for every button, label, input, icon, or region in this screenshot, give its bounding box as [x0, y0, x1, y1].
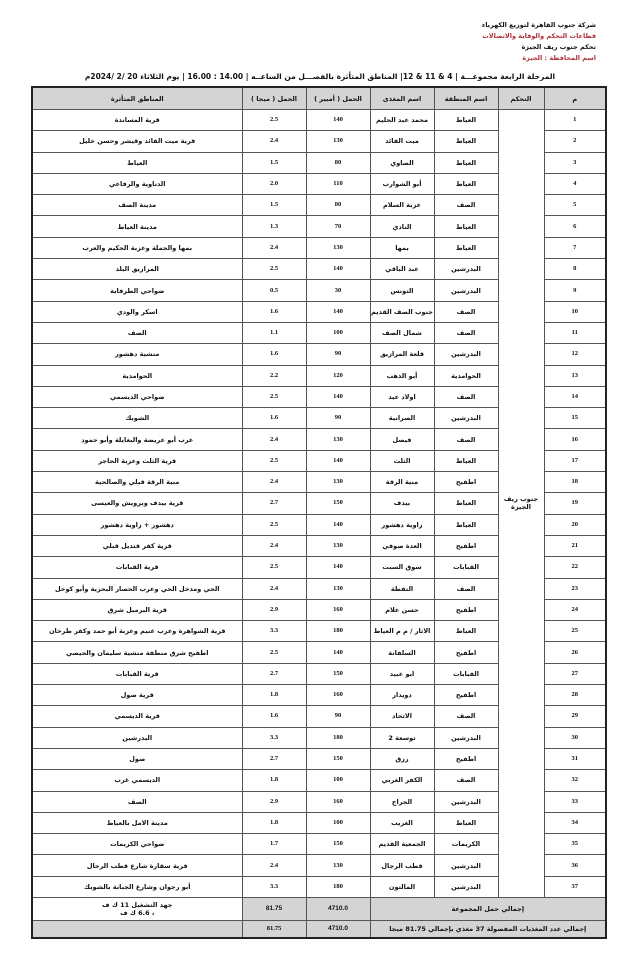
- row-number: 6: [544, 216, 606, 237]
- region-cell: اطفيح: [434, 685, 498, 706]
- load-mw-cell: 2.7: [242, 748, 306, 769]
- load-amp-cell: 130: [306, 472, 370, 493]
- feeder-cell: النادي: [370, 216, 434, 237]
- load-amp-cell: 140: [306, 110, 370, 131]
- region-cell: البدرشين: [434, 727, 498, 748]
- region-cell: الحوامدية: [434, 365, 498, 386]
- sector-name: قطاعات التحكم والوقاية والاتصالات: [482, 31, 596, 42]
- load-mw-cell: 2.5: [242, 514, 306, 535]
- control-cell: جنوب ريف الجيزة: [498, 110, 544, 898]
- row-number: 4: [544, 173, 606, 194]
- feeder-cell: رزق: [370, 748, 434, 769]
- load-amp-cell: 90: [306, 408, 370, 429]
- col-header-load-mw: الحمل ( ميجا ): [242, 87, 306, 110]
- load-mw-cell: 2.4: [242, 131, 306, 152]
- load-amp-cell: 140: [306, 514, 370, 535]
- feeder-cell: محمد عبد الحليم: [370, 110, 434, 131]
- region-cell: الكريمات: [434, 834, 498, 855]
- areas-cell: قرية ميت القائد وقيشر وحسن خليل: [32, 131, 242, 152]
- load-amp-cell: 140: [306, 557, 370, 578]
- governorate-name: اسم المحافظة : الجيزة: [482, 53, 596, 64]
- load-mw-cell: 2.4: [242, 578, 306, 599]
- row-number: 19: [544, 493, 606, 514]
- load-mw-cell: 2.7: [242, 493, 306, 514]
- areas-cell: البدرشين: [32, 727, 242, 748]
- load-amp-cell: 150: [306, 663, 370, 684]
- load-amp-cell: 130: [306, 578, 370, 599]
- row-number: 18: [544, 472, 606, 493]
- region-cell: القبابات: [434, 663, 498, 684]
- feeder-cell: ميت القائد: [370, 131, 434, 152]
- load-amp-cell: 160: [306, 791, 370, 812]
- summary-mw: 81.75: [242, 920, 306, 938]
- feeder-cell: المالتون: [370, 876, 434, 897]
- load-mw-cell: 1.8: [242, 685, 306, 706]
- feeder-cell: حسن علام: [370, 599, 434, 620]
- feeder-cell: سوق السبت: [370, 557, 434, 578]
- load-amp-cell: 140: [306, 259, 370, 280]
- load-mw-cell: 2.9: [242, 599, 306, 620]
- feeder-cell: بمها: [370, 237, 434, 258]
- areas-cell: قرية بيدف وبرويش والعيسى: [32, 493, 242, 514]
- row-number: 28: [544, 685, 606, 706]
- load-amp-cell: 130: [306, 855, 370, 876]
- feeder-cell: توسعة 2: [370, 727, 434, 748]
- region-cell: الصف: [434, 770, 498, 791]
- region-cell: العياط: [434, 110, 498, 131]
- load-amp-cell: 160: [306, 599, 370, 620]
- feeder-cell: زاوية دهشور: [370, 514, 434, 535]
- areas-cell: المرازيق البلد: [32, 259, 242, 280]
- voltage-note-line1: جهد التشغيل 11 ك ف: [33, 901, 242, 909]
- col-header-load-amp: الحمل ( أمبير ): [306, 87, 370, 110]
- feeder-cell: دويدار: [370, 685, 434, 706]
- areas-cell: قرية الديسمي: [32, 706, 242, 727]
- load-mw-cell: 2.2: [242, 365, 306, 386]
- col-header-areas: المناطق المتأثرة: [32, 87, 242, 110]
- region-cell: اطفيح: [434, 535, 498, 556]
- load-amp-cell: 100: [306, 812, 370, 833]
- load-mw-cell: 1.6: [242, 706, 306, 727]
- region-cell: العياط: [434, 514, 498, 535]
- row-number: 24: [544, 599, 606, 620]
- areas-cell: بمها والجملة وعزبة الحكيم والعرب: [32, 237, 242, 258]
- row-number: 14: [544, 386, 606, 407]
- row-number: 12: [544, 344, 606, 365]
- row-number: 3: [544, 152, 606, 173]
- region-cell: البدرشين: [434, 876, 498, 897]
- load-mw-cell: 1.8: [242, 812, 306, 833]
- load-mw-cell: 2.5: [242, 386, 306, 407]
- col-header-control: التحكم: [498, 87, 544, 110]
- region-cell: العياط: [434, 450, 498, 471]
- areas-cell: ضواحي الكريمات: [32, 834, 242, 855]
- load-mw-cell: 1.5: [242, 195, 306, 216]
- region-cell: الصف: [434, 301, 498, 322]
- summary-amp: 4710.0: [306, 920, 370, 938]
- load-amp-cell: 80: [306, 195, 370, 216]
- row-number: 26: [544, 642, 606, 663]
- areas-cell: ضواحي الديسمي: [32, 386, 242, 407]
- load-amp-cell: 150: [306, 834, 370, 855]
- areas-cell: ضواحي الطرفاية: [32, 280, 242, 301]
- load-mw-cell: 2.5: [242, 557, 306, 578]
- load-mw-cell: 1.7: [242, 834, 306, 855]
- load-mw-cell: 1.8: [242, 770, 306, 791]
- row-number: 10: [544, 301, 606, 322]
- areas-cell: قرية المساندة: [32, 110, 242, 131]
- region-cell: البدرشين: [434, 791, 498, 812]
- areas-cell: صول: [32, 748, 242, 769]
- load-mw-cell: 2.0: [242, 173, 306, 194]
- row-number: 27: [544, 663, 606, 684]
- feeder-cell: الكفر الغربي: [370, 770, 434, 791]
- region-cell: العياط: [434, 493, 498, 514]
- region-cell: الصف: [434, 578, 498, 599]
- load-amp-cell: 140: [306, 642, 370, 663]
- control-center-name: تحكم جنوب ريف الجيزة: [482, 42, 596, 53]
- row-number: 30: [544, 727, 606, 748]
- load-amp-cell: 140: [306, 450, 370, 471]
- feeder-cell: الجمعية القديم: [370, 834, 434, 855]
- region-cell: البدرشين: [434, 408, 498, 429]
- feeder-cell: العدة صوفي: [370, 535, 434, 556]
- load-mw-cell: 3.3: [242, 621, 306, 642]
- areas-cell: مدينة الامل بالعياط: [32, 812, 242, 833]
- table-row: 1جنوب ريف الجيزةالعياطمحمد عبد الحليم140…: [32, 110, 606, 131]
- region-cell: العياط: [434, 237, 498, 258]
- areas-cell: الشوبك: [32, 408, 242, 429]
- row-number: 36: [544, 855, 606, 876]
- group-total-amp: 4710.0: [306, 897, 370, 920]
- areas-cell: الدناوية والرفاعي: [32, 173, 242, 194]
- areas-cell: الحوامدية: [32, 365, 242, 386]
- load-amp-cell: 90: [306, 706, 370, 727]
- areas-cell: قرية الشواهرة وعرب غنيم وعزبة أبو حمد وك…: [32, 621, 242, 642]
- row-number: 23: [544, 578, 606, 599]
- areas-cell: قرية القبابات: [32, 557, 242, 578]
- feeder-cell: أبو الذهب: [370, 365, 434, 386]
- feeder-cell: أبو الشوارب: [370, 173, 434, 194]
- feeder-cell: الجراج: [370, 791, 434, 812]
- feeder-cell: الصرانية: [370, 408, 434, 429]
- areas-cell: دهشور + زاوية دهشور: [32, 514, 242, 535]
- areas-cell: الصف: [32, 322, 242, 343]
- load-mw-cell: 1.6: [242, 344, 306, 365]
- load-amp-cell: 130: [306, 237, 370, 258]
- load-mw-cell: 2.9: [242, 791, 306, 812]
- load-amp-cell: 180: [306, 727, 370, 748]
- feeder-cell: اولاد عيد: [370, 386, 434, 407]
- load-amp-cell: 180: [306, 876, 370, 897]
- load-amp-cell: 80: [306, 152, 370, 173]
- region-cell: القبابات: [434, 557, 498, 578]
- row-number: 7: [544, 237, 606, 258]
- areas-cell: قرية كفر قنديل قبلي: [32, 535, 242, 556]
- summary-row: إجمالي عدد المغذيات المفصولة 37 مغذي بإج…: [32, 920, 606, 938]
- region-cell: العياط: [434, 216, 498, 237]
- region-cell: العياط: [434, 812, 498, 833]
- feeder-cell: شمال الصف: [370, 322, 434, 343]
- areas-cell: مدينة الصف: [32, 195, 242, 216]
- load-amp-cell: 160: [306, 685, 370, 706]
- row-number: 5: [544, 195, 606, 216]
- areas-cell: قرية البرمبل شرق: [32, 599, 242, 620]
- feeder-cell: جنوب الصف القديم: [370, 301, 434, 322]
- areas-cell: الصف: [32, 791, 242, 812]
- region-cell: العياط: [434, 173, 498, 194]
- row-number: 22: [544, 557, 606, 578]
- areas-cell: الديسمي غرب: [32, 770, 242, 791]
- row-number: 29: [544, 706, 606, 727]
- outage-table: م التحكم اسم المنطقة اسم المغذى الحمل ( …: [31, 86, 607, 939]
- load-mw-cell: 3.3: [242, 876, 306, 897]
- feeder-cell: عبد الباقي: [370, 259, 434, 280]
- region-cell: العياط: [434, 621, 498, 642]
- region-cell: البدرشين: [434, 280, 498, 301]
- areas-cell: العياط: [32, 152, 242, 173]
- row-number: 11: [544, 322, 606, 343]
- table-header-row: م التحكم اسم المنطقة اسم المغذى الحمل ( …: [32, 87, 606, 110]
- areas-cell: قرية القبابات: [32, 663, 242, 684]
- col-header-m: م: [544, 87, 606, 110]
- load-mw-cell: 1.6: [242, 301, 306, 322]
- region-cell: العياط: [434, 131, 498, 152]
- areas-cell: عرب أبو عريضة والبغايلة وأبو حمود: [32, 429, 242, 450]
- load-amp-cell: 140: [306, 386, 370, 407]
- company-name: شركة جنوب القاهرة لتوزيع الكهرباء: [482, 20, 596, 31]
- load-mw-cell: 1.5: [242, 152, 306, 173]
- row-number: 31: [544, 748, 606, 769]
- load-amp-cell: 150: [306, 493, 370, 514]
- voltage-note: جهد التشغيل 11 ك ف ، 6.6 ك ف: [32, 897, 242, 920]
- region-cell: اطفيح: [434, 599, 498, 620]
- region-cell: اطفيح: [434, 642, 498, 663]
- load-amp-cell: 130: [306, 535, 370, 556]
- group-total-mw: 81.75: [242, 897, 306, 920]
- row-number: 16: [544, 429, 606, 450]
- areas-cell: منشية دهشور: [32, 344, 242, 365]
- group-total-row: إجمالي حمل المجموعة 4710.0 81.75 جهد الت…: [32, 897, 606, 920]
- row-number: 21: [544, 535, 606, 556]
- feeder-cell: عزبة السلام: [370, 195, 434, 216]
- summary-label: إجمالي عدد المغذيات المفصولة 37 مغذي بإج…: [370, 920, 606, 938]
- summary-empty: [32, 920, 242, 938]
- load-amp-cell: 180: [306, 621, 370, 642]
- region-cell: الصف: [434, 195, 498, 216]
- feeder-cell: النقطة: [370, 578, 434, 599]
- load-amp-cell: 30: [306, 280, 370, 301]
- load-mw-cell: 3.3: [242, 727, 306, 748]
- feeder-cell: قطب الرجال: [370, 855, 434, 876]
- areas-cell: اطفيح شرق منطقة منشية سليمان والحيصي: [32, 642, 242, 663]
- feeder-cell: فيصل: [370, 429, 434, 450]
- areas-cell: الحي ومدخل الحي وعرب الحصار البحرية وأبو…: [32, 578, 242, 599]
- row-number: 35: [544, 834, 606, 855]
- region-cell: العياط: [434, 152, 498, 173]
- region-cell: الصف: [434, 322, 498, 343]
- load-amp-cell: 100: [306, 322, 370, 343]
- load-mw-cell: 1.3: [242, 216, 306, 237]
- load-mw-cell: 2.4: [242, 855, 306, 876]
- row-number: 13: [544, 365, 606, 386]
- feeder-cell: الغريب: [370, 812, 434, 833]
- region-cell: البدرشين: [434, 344, 498, 365]
- feeder-cell: بيدف: [370, 493, 434, 514]
- feeder-cell: منية الرقة: [370, 472, 434, 493]
- areas-cell: قرية الثلث وعزبة الحاجر: [32, 450, 242, 471]
- feeder-cell: السلفانة: [370, 642, 434, 663]
- region-cell: البدرشين: [434, 259, 498, 280]
- feeder-cell: الاثار / م م العياط: [370, 621, 434, 642]
- row-number: 17: [544, 450, 606, 471]
- region-cell: اطفيح: [434, 472, 498, 493]
- load-mw-cell: 2.4: [242, 472, 306, 493]
- load-mw-cell: 1.1: [242, 322, 306, 343]
- load-mw-cell: 2.4: [242, 429, 306, 450]
- feeder-cell: الاتحاد: [370, 706, 434, 727]
- col-header-region: اسم المنطقة: [434, 87, 498, 110]
- load-amp-cell: 100: [306, 770, 370, 791]
- group-total-label: إجمالي حمل المجموعة: [370, 897, 606, 920]
- row-number: 25: [544, 621, 606, 642]
- areas-cell: اسكر والودي: [32, 301, 242, 322]
- row-number: 8: [544, 259, 606, 280]
- feeder-cell: الصاوي: [370, 152, 434, 173]
- region-cell: البدرشين: [434, 855, 498, 876]
- row-number: 33: [544, 791, 606, 812]
- region-cell: الصف: [434, 706, 498, 727]
- row-number: 32: [544, 770, 606, 791]
- row-number: 1: [544, 110, 606, 131]
- areas-cell: أبو رجوان وشارع الجبانة بالشوبك: [32, 876, 242, 897]
- col-header-feeder: اسم المغذى: [370, 87, 434, 110]
- row-number: 15: [544, 408, 606, 429]
- row-number: 34: [544, 812, 606, 833]
- schedule-subtitle: المرحلة الرابعة مجموعـــة | 4 & 11 & 12|…: [40, 72, 600, 81]
- load-mw-cell: 2.4: [242, 535, 306, 556]
- load-mw-cell: 2.7: [242, 663, 306, 684]
- feeder-cell: التونس: [370, 280, 434, 301]
- areas-cell: منية الرقة قبلي والصالحية: [32, 472, 242, 493]
- load-mw-cell: 2.5: [242, 450, 306, 471]
- row-number: 2: [544, 131, 606, 152]
- region-cell: اطفيح: [434, 748, 498, 769]
- load-amp-cell: 90: [306, 344, 370, 365]
- feeder-cell: قلعة المرازيق: [370, 344, 434, 365]
- load-amp-cell: 120: [306, 365, 370, 386]
- voltage-note-line2: ، 6.6 ك ف: [33, 909, 242, 917]
- region-cell: الصف: [434, 429, 498, 450]
- load-mw-cell: 2.5: [242, 110, 306, 131]
- load-mw-cell: 2.5: [242, 259, 306, 280]
- load-amp-cell: 70: [306, 216, 370, 237]
- load-amp-cell: 110: [306, 173, 370, 194]
- document-header: شركة جنوب القاهرة لتوزيع الكهرباء قطاعات…: [482, 20, 596, 64]
- row-number: 20: [544, 514, 606, 535]
- load-mw-cell: 1.6: [242, 408, 306, 429]
- load-mw-cell: 2.5: [242, 642, 306, 663]
- load-amp-cell: 130: [306, 131, 370, 152]
- row-number: 37: [544, 876, 606, 897]
- load-amp-cell: 130: [306, 429, 370, 450]
- region-cell: الصف: [434, 386, 498, 407]
- areas-cell: قرية صول: [32, 685, 242, 706]
- load-mw-cell: 0.5: [242, 280, 306, 301]
- load-mw-cell: 2.4: [242, 237, 306, 258]
- areas-cell: قرية سقارة شارع قطب الرجال: [32, 855, 242, 876]
- load-amp-cell: 140: [306, 301, 370, 322]
- feeder-cell: ابو عبيد: [370, 663, 434, 684]
- load-amp-cell: 150: [306, 748, 370, 769]
- areas-cell: مدينة العياط: [32, 216, 242, 237]
- row-number: 9: [544, 280, 606, 301]
- feeder-cell: الثلث: [370, 450, 434, 471]
